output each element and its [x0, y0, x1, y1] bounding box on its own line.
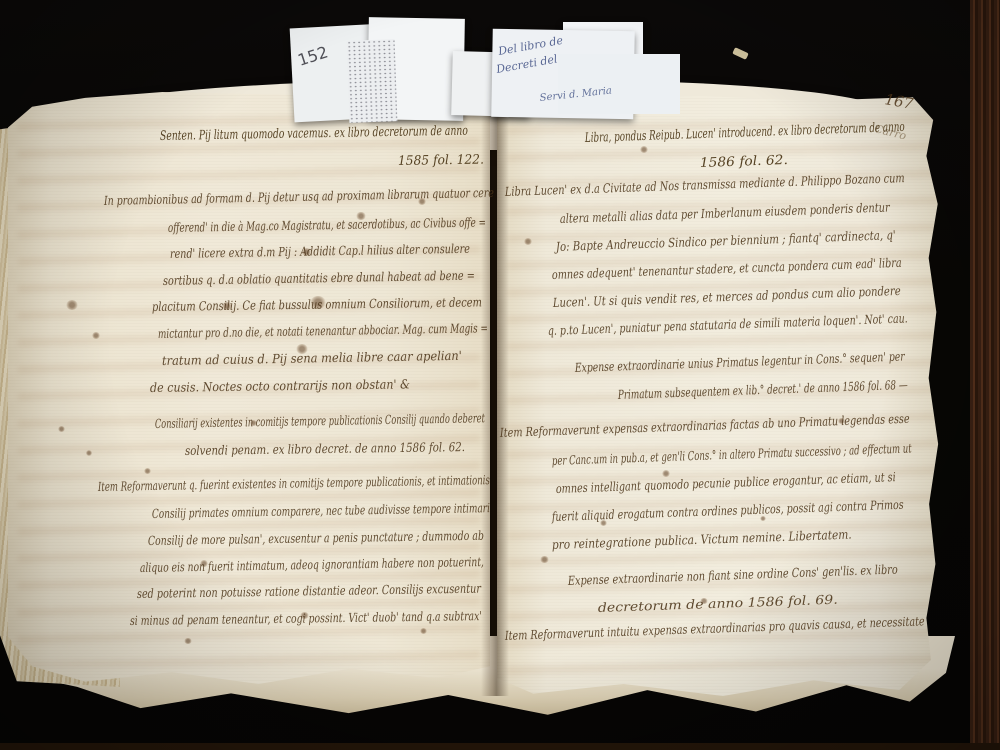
foxing-spot [524, 238, 532, 245]
foxing-spot [640, 146, 648, 153]
foxing-spot [540, 556, 549, 563]
foxing-spot [66, 300, 78, 310]
book-gutter-shadow [481, 94, 509, 696]
ink-bleedthrough [18, 110, 480, 666]
foxing-spot [760, 516, 766, 521]
foxing-spot [296, 344, 308, 354]
table-bottom-strip [0, 743, 1000, 750]
note-card-extension [558, 54, 680, 114]
foxing-spot [300, 612, 309, 619]
foxing-spot [92, 332, 100, 339]
foxing-spot [302, 248, 311, 256]
paper-fragment [732, 47, 749, 60]
foxing-spot [356, 212, 366, 220]
left-manuscript-page [8, 92, 490, 684]
foxing-spot [86, 450, 92, 456]
foxing-spot [200, 560, 208, 567]
wooden-table-edge [970, 0, 1000, 750]
photo-of-open-manuscript: 152 Del libro de Decreti del Servi d. Ma… [0, 0, 1000, 750]
foxing-spot [58, 426, 65, 432]
foxing-spot [600, 520, 607, 526]
foxing-spot [250, 420, 257, 426]
foxing-spot [700, 598, 708, 604]
foxing-spot [420, 628, 427, 634]
foxing-spot [418, 198, 426, 205]
foxing-spot [662, 470, 670, 477]
foxing-spot [838, 418, 845, 424]
foxing-spot [184, 638, 192, 644]
foxing-spot [144, 468, 151, 474]
foxing-spot [310, 296, 326, 309]
ink-bleedthrough [507, 114, 939, 678]
bookmark-printed-slip [347, 39, 398, 123]
foxing-spot [222, 302, 232, 310]
right-manuscript-page [497, 96, 949, 696]
